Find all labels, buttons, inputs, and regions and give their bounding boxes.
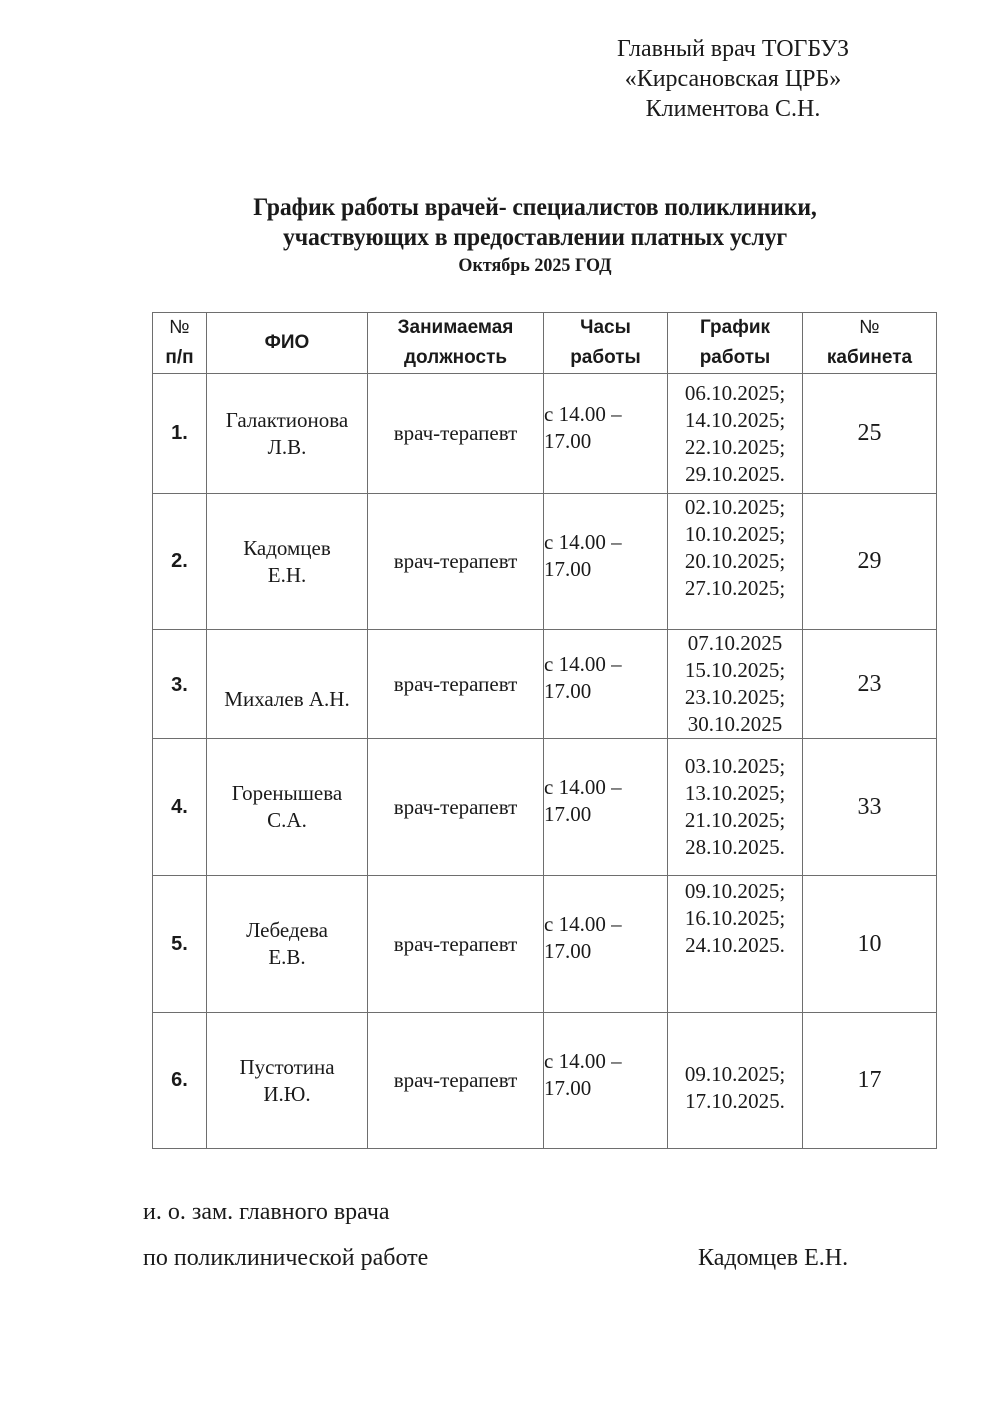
approval-line-org: «Кирсановская ЦРБ»: [560, 64, 906, 94]
document-title: График работы врачей- специалистов полик…: [80, 193, 990, 279]
doctor-position: врач-терапевт: [368, 374, 544, 494]
schedule-dates: 09.10.2025;16.10.2025;24.10.2025.: [668, 876, 803, 1013]
working-hours-line: 17.00: [544, 1076, 591, 1100]
schedule-date: 06.10.2025;: [685, 381, 785, 405]
row-number: 6.: [153, 1013, 207, 1149]
doctor-position: врач-терапевт: [368, 494, 544, 630]
room-number: 33: [803, 739, 937, 876]
working-hours-line: с 14.00 –: [544, 530, 622, 554]
doctor-name-line: Лебедева: [246, 918, 328, 942]
doctor-name-line: Галактионова: [226, 408, 348, 432]
doctor-name-line: Кадомцев: [243, 536, 331, 560]
schedule-table: № п/п ФИО Занимаемая должность Часы рабо…: [152, 312, 937, 1149]
working-hours-line: 17.00: [544, 429, 591, 453]
schedule-date: 15.10.2025;: [685, 658, 785, 682]
schedule-date: 09.10.2025;: [685, 879, 785, 903]
table-row: 2.КадомцевЕ.Н.врач-терапевтс 14.00 –17.0…: [153, 494, 937, 630]
header-schedule-line2: работы: [700, 347, 771, 368]
title-period: Октябрь 2025 ГОД: [103, 253, 968, 279]
room-number: 17: [803, 1013, 937, 1149]
doctor-name-line: С.А.: [267, 808, 307, 832]
schedule-date: 28.10.2025.: [685, 835, 785, 859]
schedule-date: 21.10.2025;: [685, 808, 785, 832]
header-position-line2: должность: [404, 347, 507, 368]
schedule-date: 09.10.2025;: [685, 1062, 785, 1086]
header-room: № кабинета: [803, 313, 937, 374]
header-room-sign: №: [859, 317, 879, 338]
schedule-date: 14.10.2025;: [685, 408, 785, 432]
approval-line-person: Климентова С.Н.: [560, 94, 906, 124]
schedule-date: 29.10.2025.: [685, 462, 785, 486]
schedule-date: 30.10.2025: [688, 712, 783, 736]
row-number: 1.: [153, 374, 207, 494]
title-line-2: участвующих в предоставлении платных усл…: [103, 223, 968, 253]
doctor-name-line: Горенышева: [232, 781, 342, 805]
signature-title-line2: по поликлинической работе: [143, 1243, 428, 1273]
row-number: 5.: [153, 876, 207, 1013]
header-num: № п/п: [153, 313, 207, 374]
schedule-dates: 09.10.2025;17.10.2025.: [668, 1013, 803, 1149]
schedule-date: 20.10.2025;: [685, 549, 785, 573]
doctor-name-line: Пустотина: [239, 1055, 334, 1079]
schedule-dates: 06.10.2025;14.10.2025;22.10.2025;29.10.2…: [668, 374, 803, 494]
doctor-name: КадомцевЕ.Н.: [207, 494, 368, 630]
working-hours-line: с 14.00 –: [544, 652, 622, 676]
table-row: 4.ГоренышеваС.А.врач-терапевтс 14.00 –17…: [153, 739, 937, 876]
schedule-date: 23.10.2025;: [685, 685, 785, 709]
doctor-name-line: Л.В.: [268, 435, 307, 459]
working-hours: с 14.00 –17.00: [544, 630, 668, 739]
table-header-row: № п/п ФИО Занимаемая должность Часы рабо…: [153, 313, 937, 374]
doctor-name-line: Михалев А.Н.: [224, 687, 349, 711]
working-hours-line: с 14.00 –: [544, 912, 622, 936]
doctor-name: ПустотинаИ.Ю.: [207, 1013, 368, 1149]
title-line-1: График работы врачей- специалистов полик…: [103, 193, 968, 223]
doctor-name: ГоренышеваС.А.: [207, 739, 368, 876]
doctor-name-line: И.Ю.: [263, 1082, 310, 1106]
header-schedule-line1: График: [700, 317, 770, 338]
doctor-position: врач-терапевт: [368, 630, 544, 739]
working-hours-line: 17.00: [544, 802, 591, 826]
row-number: 2.: [153, 494, 207, 630]
header-num-sign: №: [169, 317, 189, 338]
room-number: 10: [803, 876, 937, 1013]
table-body: 1.ГалактионоваЛ.В.врач-терапевтс 14.00 –…: [153, 374, 937, 1149]
working-hours: с 14.00 –17.00: [544, 1013, 668, 1149]
doctor-name: ЛебедеваЕ.В.: [207, 876, 368, 1013]
schedule-date: 02.10.2025;: [685, 495, 785, 519]
working-hours: с 14.00 –17.00: [544, 494, 668, 630]
header-hours-line2: работы: [570, 347, 641, 368]
working-hours-line: 17.00: [544, 557, 591, 581]
doctor-name: Михалев А.Н.: [207, 630, 368, 739]
schedule-date: 27.10.2025;: [685, 576, 785, 600]
doctor-position: врач-терапевт: [368, 876, 544, 1013]
working-hours: с 14.00 –17.00: [544, 739, 668, 876]
schedule-date: 22.10.2025;: [685, 435, 785, 459]
schedule-date: 17.10.2025.: [685, 1089, 785, 1113]
signature-title-line1: и. о. зам. главного врача: [143, 1197, 390, 1227]
schedule-dates: 03.10.2025;13.10.2025;21.10.2025;28.10.2…: [668, 739, 803, 876]
header-hours-line1: Часы: [580, 317, 631, 338]
approval-block: Главный врач ТОГБУЗ «Кирсановская ЦРБ» К…: [560, 34, 906, 124]
schedule-dates: 02.10.2025;10.10.2025;20.10.2025;27.10.2…: [668, 494, 803, 630]
working-hours: с 14.00 –17.00: [544, 374, 668, 494]
table-row: 3.Михалев А.Н.врач-терапевтс 14.00 –17.0…: [153, 630, 937, 739]
header-hours: Часы работы: [544, 313, 668, 374]
schedule-dates: 07.10.202515.10.2025;23.10.2025;30.10.20…: [668, 630, 803, 739]
doctor-position: врач-терапевт: [368, 1013, 544, 1149]
schedule-date: 24.10.2025.: [685, 933, 785, 957]
working-hours-line: 17.00: [544, 679, 591, 703]
schedule-date: 03.10.2025;: [685, 754, 785, 778]
working-hours: с 14.00 –17.00: [544, 876, 668, 1013]
header-name: ФИО: [207, 313, 368, 374]
approval-line-title: Главный врач ТОГБУЗ: [560, 34, 906, 64]
room-number: 25: [803, 374, 937, 494]
header-position: Занимаемая должность: [368, 313, 544, 374]
doctor-name-line: Е.В.: [268, 945, 305, 969]
schedule-date: 16.10.2025;: [685, 906, 785, 930]
working-hours-line: с 14.00 –: [544, 1049, 622, 1073]
doctor-name: ГалактионоваЛ.В.: [207, 374, 368, 494]
header-schedule: График работы: [668, 313, 803, 374]
room-number: 23: [803, 630, 937, 739]
schedule-date: 07.10.2025: [688, 631, 783, 655]
table-row: 5.ЛебедеваЕ.В.врач-терапевтс 14.00 –17.0…: [153, 876, 937, 1013]
row-number: 3.: [153, 630, 207, 739]
room-number: 29: [803, 494, 937, 630]
header-room-label: кабинета: [827, 347, 912, 368]
schedule-date: 13.10.2025;: [685, 781, 785, 805]
working-hours-line: с 14.00 –: [544, 402, 622, 426]
doctor-name-line: Е.Н.: [268, 563, 307, 587]
working-hours-line: 17.00: [544, 939, 591, 963]
signature-name: Кадомцев Е.Н.: [698, 1243, 848, 1273]
row-number: 4.: [153, 739, 207, 876]
working-hours-line: с 14.00 –: [544, 775, 622, 799]
table-row: 6.ПустотинаИ.Ю.врач-терапевтс 14.00 –17.…: [153, 1013, 937, 1149]
doctor-position: врач-терапевт: [368, 739, 544, 876]
header-position-line1: Занимаемая: [398, 317, 514, 338]
table-row: 1.ГалактионоваЛ.В.врач-терапевтс 14.00 –…: [153, 374, 937, 494]
schedule-date: 10.10.2025;: [685, 522, 785, 546]
header-num-label: п/п: [165, 347, 193, 368]
